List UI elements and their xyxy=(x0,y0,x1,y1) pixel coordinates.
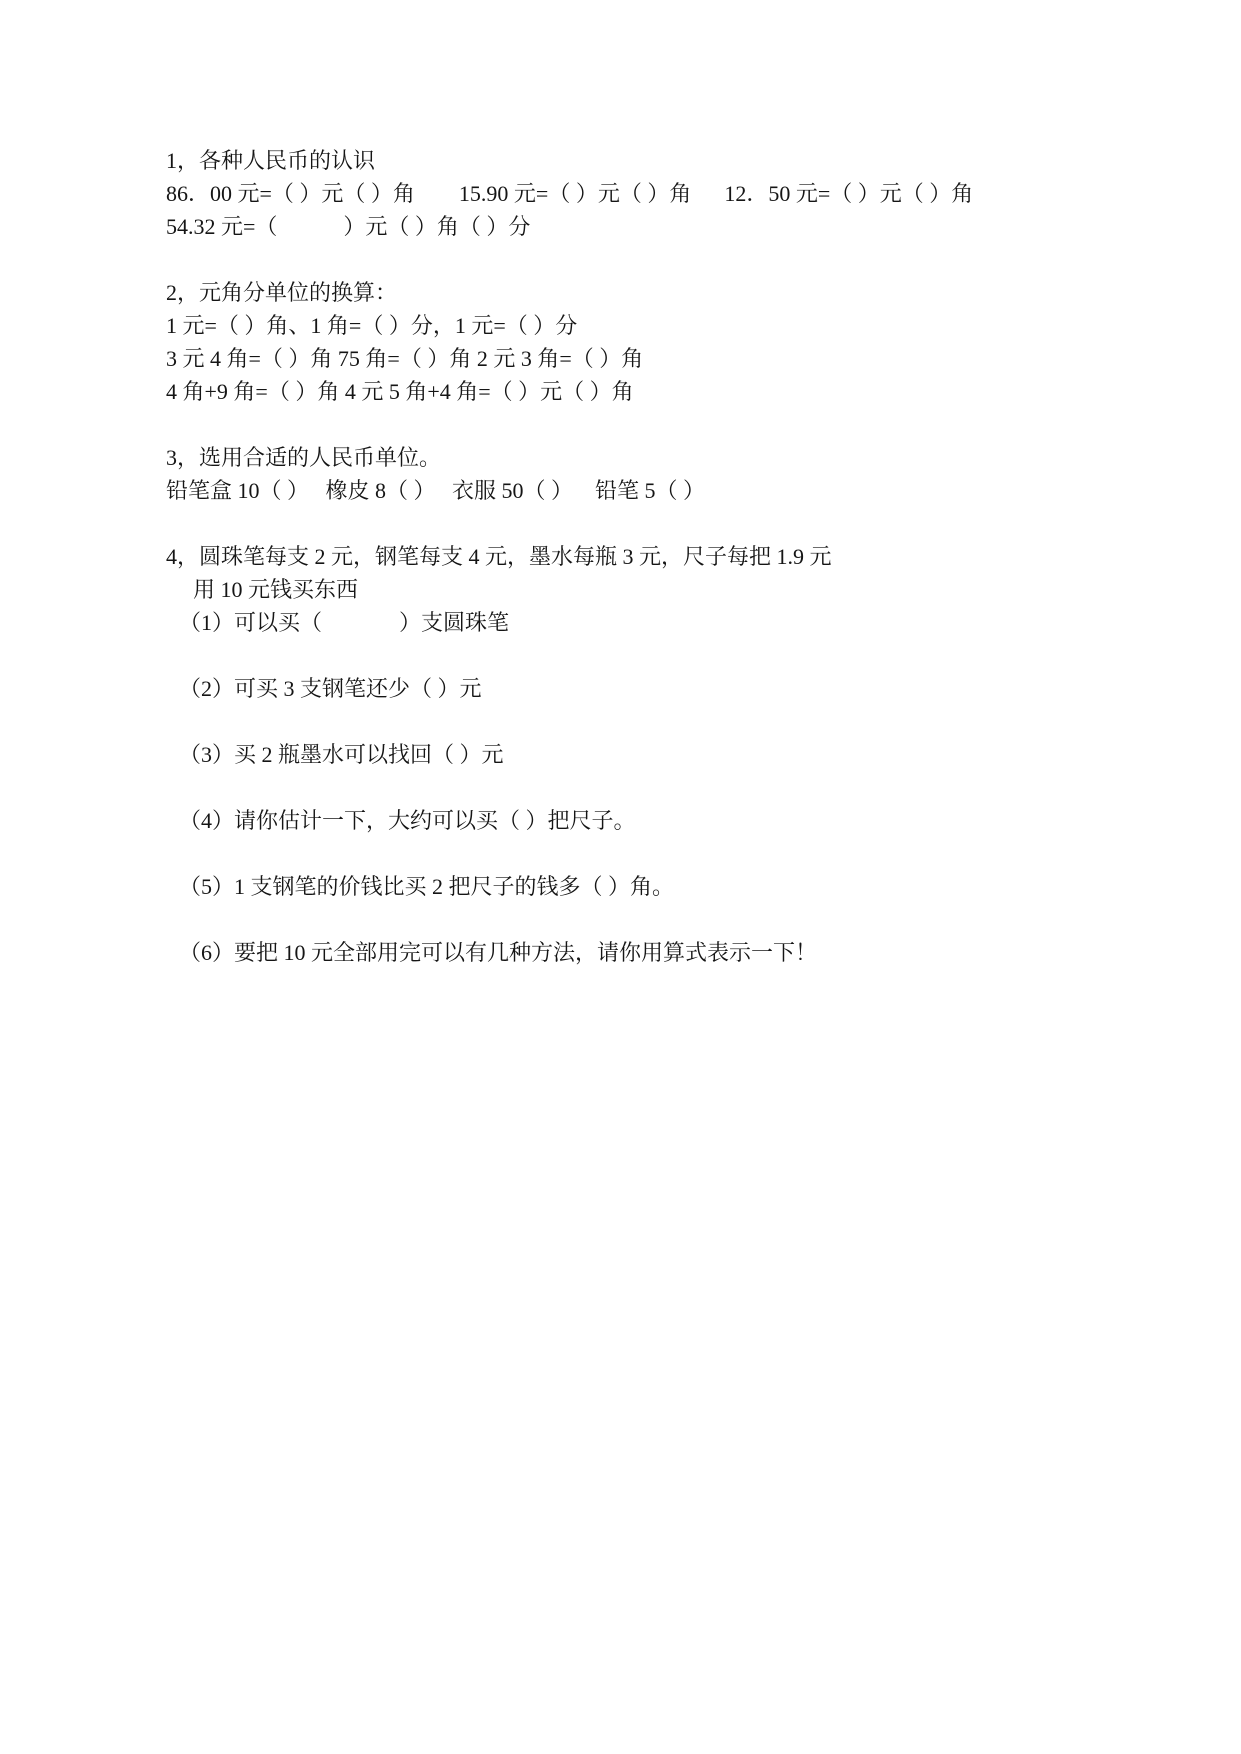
question-item-1: （1）可以买（ ）支圆珠笔 xyxy=(166,606,1151,639)
question-item-5: （5）1 支钢笔的价钱比买 2 把尺子的钱多（ ）角。 xyxy=(166,870,1151,903)
question-item-6: （6）要把 10 元全部用完可以有几种方法，请你用算式表示一下！ xyxy=(166,936,1151,969)
section-shopping-problems: 4，圆珠笔每支 2 元，钢笔每支 4 元，墨水每瓶 3 元，尺子每把 1.9 元… xyxy=(166,540,1151,969)
section-heading: 2，元角分单位的换算： xyxy=(166,276,1151,309)
worksheet-line: 1 元=（ ）角、1 角=（ ）分，1 元=（ ）分 xyxy=(166,309,1151,342)
question-item-2: （2）可买 3 支钢笔还少（ ）元 xyxy=(166,672,1151,705)
worksheet-line: 4 角+9 角=（ ）角 4 元 5 角+4 角=（ ）元（ ）角 xyxy=(166,375,1151,408)
question-item-3: （3）买 2 瓶墨水可以找回（ ）元 xyxy=(166,738,1151,771)
question-item-4: （4）请你估计一下，大约可以买（ ）把尺子。 xyxy=(166,804,1151,837)
worksheet-line: 铅笔盒 10（ ） 橡皮 8（ ） 衣服 50（ ） 铅笔 5（ ） xyxy=(166,474,1151,507)
document-page: 1，各种人民币的认识 86．00 元=（ ）元（ ）角 15.90 元=（ ）元… xyxy=(0,0,1241,1754)
section-choose-unit: 3，选用合适的人民币单位。 铅笔盒 10（ ） 橡皮 8（ ） 衣服 50（ ）… xyxy=(166,441,1151,507)
worksheet-line: 54.32 元=（ ）元（ ）角（ ）分 xyxy=(166,210,1151,243)
section-intro-line: 用 10 元钱买东西 xyxy=(166,573,1151,606)
section-heading: 3，选用合适的人民币单位。 xyxy=(166,441,1151,474)
section-heading: 4，圆珠笔每支 2 元，钢笔每支 4 元，墨水每瓶 3 元，尺子每把 1.9 元 xyxy=(166,540,1151,573)
worksheet-line: 86．00 元=（ ）元（ ）角 15.90 元=（ ）元（ ）角 12．50 … xyxy=(166,177,1151,210)
section-rmb-recognition: 1，各种人民币的认识 86．00 元=（ ）元（ ）角 15.90 元=（ ）元… xyxy=(166,144,1151,243)
section-heading: 1，各种人民币的认识 xyxy=(166,144,1151,177)
section-unit-conversion: 2，元角分单位的换算： 1 元=（ ）角、1 角=（ ）分，1 元=（ ）分 3… xyxy=(166,276,1151,408)
worksheet-line: 3 元 4 角=（ ）角 75 角=（ ）角 2 元 3 角=（ ）角 xyxy=(166,342,1151,375)
